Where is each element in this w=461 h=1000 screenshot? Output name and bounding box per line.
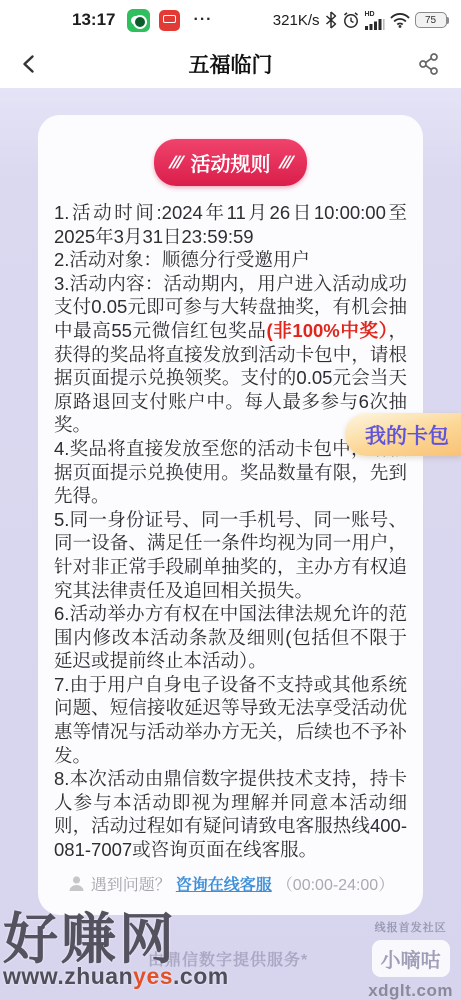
signal-strength-icon: HD: [365, 11, 385, 30]
bluetooth-icon: [325, 11, 337, 29]
badge-decor-right: ///: [277, 153, 292, 173]
rules-header-badge: /// 活动规则 ///: [154, 139, 306, 186]
rule-item-2: 2.活动对象：顺德分行受邀用户: [54, 248, 407, 272]
back-button[interactable]: [18, 52, 42, 76]
xiaodigu-watermark: 线报首发社区 小嘀咕 xdglt.com: [368, 919, 453, 1000]
xiaodigu-tagline: 线报首发社区: [368, 919, 453, 935]
battery-icon: 75: [415, 12, 450, 28]
more-notifications-dots: ···: [193, 11, 212, 29]
app-notification-icon: [159, 10, 180, 31]
back-chevron-icon: [18, 53, 40, 75]
rule-item-5: 5.同一身份证号、同一手机号、同一账号、同一设备、满足任一条件均视为同一用户，针…: [54, 508, 407, 602]
status-indicators: 321K/s HD: [273, 11, 449, 30]
page-content: /// 活动规则 /// 1.活动时间:2024年11月26日10:00:00至…: [0, 88, 461, 1000]
hd-label: HD: [365, 11, 375, 18]
battery-level: 75: [415, 12, 447, 28]
service-hours-text: （00:00-24:00）: [277, 872, 394, 895]
rule-item-6: 6.活动举办方有权在中国法律法规允许的范围内修改本活动条款及细则(包括但不限于延…: [54, 602, 407, 673]
rules-text-block: 1.活动时间:2024年11月26日10:00:00至2025年3月31日23:…: [54, 201, 407, 862]
customer-service-person-icon: [67, 874, 86, 893]
wifi-icon: [390, 13, 410, 28]
my-card-pack-label: 我的卡包: [365, 420, 449, 450]
notification-icons: ···: [127, 9, 212, 32]
share-button[interactable]: [417, 51, 443, 77]
service-question-text: 遇到问题？: [91, 872, 171, 895]
rule-item-8: 8.本次活动由鼎信数字提供技术支持，持卡人参与本活动即视为理解并同意本活动细则，…: [54, 767, 407, 861]
badge-label: 活动规则: [191, 148, 271, 177]
nav-bar: 五福临门: [0, 40, 461, 88]
rule-3-red-warning: (非100%中奖）: [266, 320, 388, 341]
haozhuanwang-logo-text: 好赚网: [3, 912, 229, 967]
xiaodigu-url: xdglt.com: [368, 981, 453, 1000]
rules-card: /// 活动规则 /// 1.活动时间:2024年11月26日10:00:00至…: [38, 115, 423, 915]
page-title: 五福临门: [0, 49, 461, 79]
rule-item-3: 3.活动内容：活动期内，用户进入活动成功支付0.05元即可参与大转盘抽奖，有机会…: [54, 272, 407, 437]
haozhuanwang-watermark: 好赚网 www.zhuanyes.com: [3, 912, 229, 990]
rule-item-1: 1.活动时间:2024年11月26日10:00:00至2025年3月31日23:…: [54, 201, 407, 248]
customer-service-row: 遇到问题？ 咨询在线客服 （00:00-24:00）: [38, 872, 423, 895]
clock-time: 13:17: [72, 10, 115, 30]
xiaodigu-name-badge: 小嘀咕: [372, 940, 450, 977]
phone-screen: 13:17 ··· 321K/s HD: [0, 0, 461, 1000]
rule-item-7: 7.由于用户自身电子设备不支持或其他系统问题、短信接收延迟等导致无法享受活动优惠…: [54, 673, 407, 767]
status-bar: 13:17 ··· 321K/s HD: [0, 0, 461, 40]
network-speed: 321K/s: [273, 12, 320, 29]
alarm-clock-icon: [342, 11, 360, 29]
badge-decor-left: ///: [168, 153, 183, 173]
share-icon: [417, 52, 441, 76]
my-card-pack-button[interactable]: 我的卡包: [345, 413, 461, 456]
online-service-link[interactable]: 咨询在线客服: [176, 872, 272, 895]
wechat-notification-icon: [127, 9, 150, 32]
haozhuanwang-url: www.zhuanyes.com: [3, 963, 229, 990]
